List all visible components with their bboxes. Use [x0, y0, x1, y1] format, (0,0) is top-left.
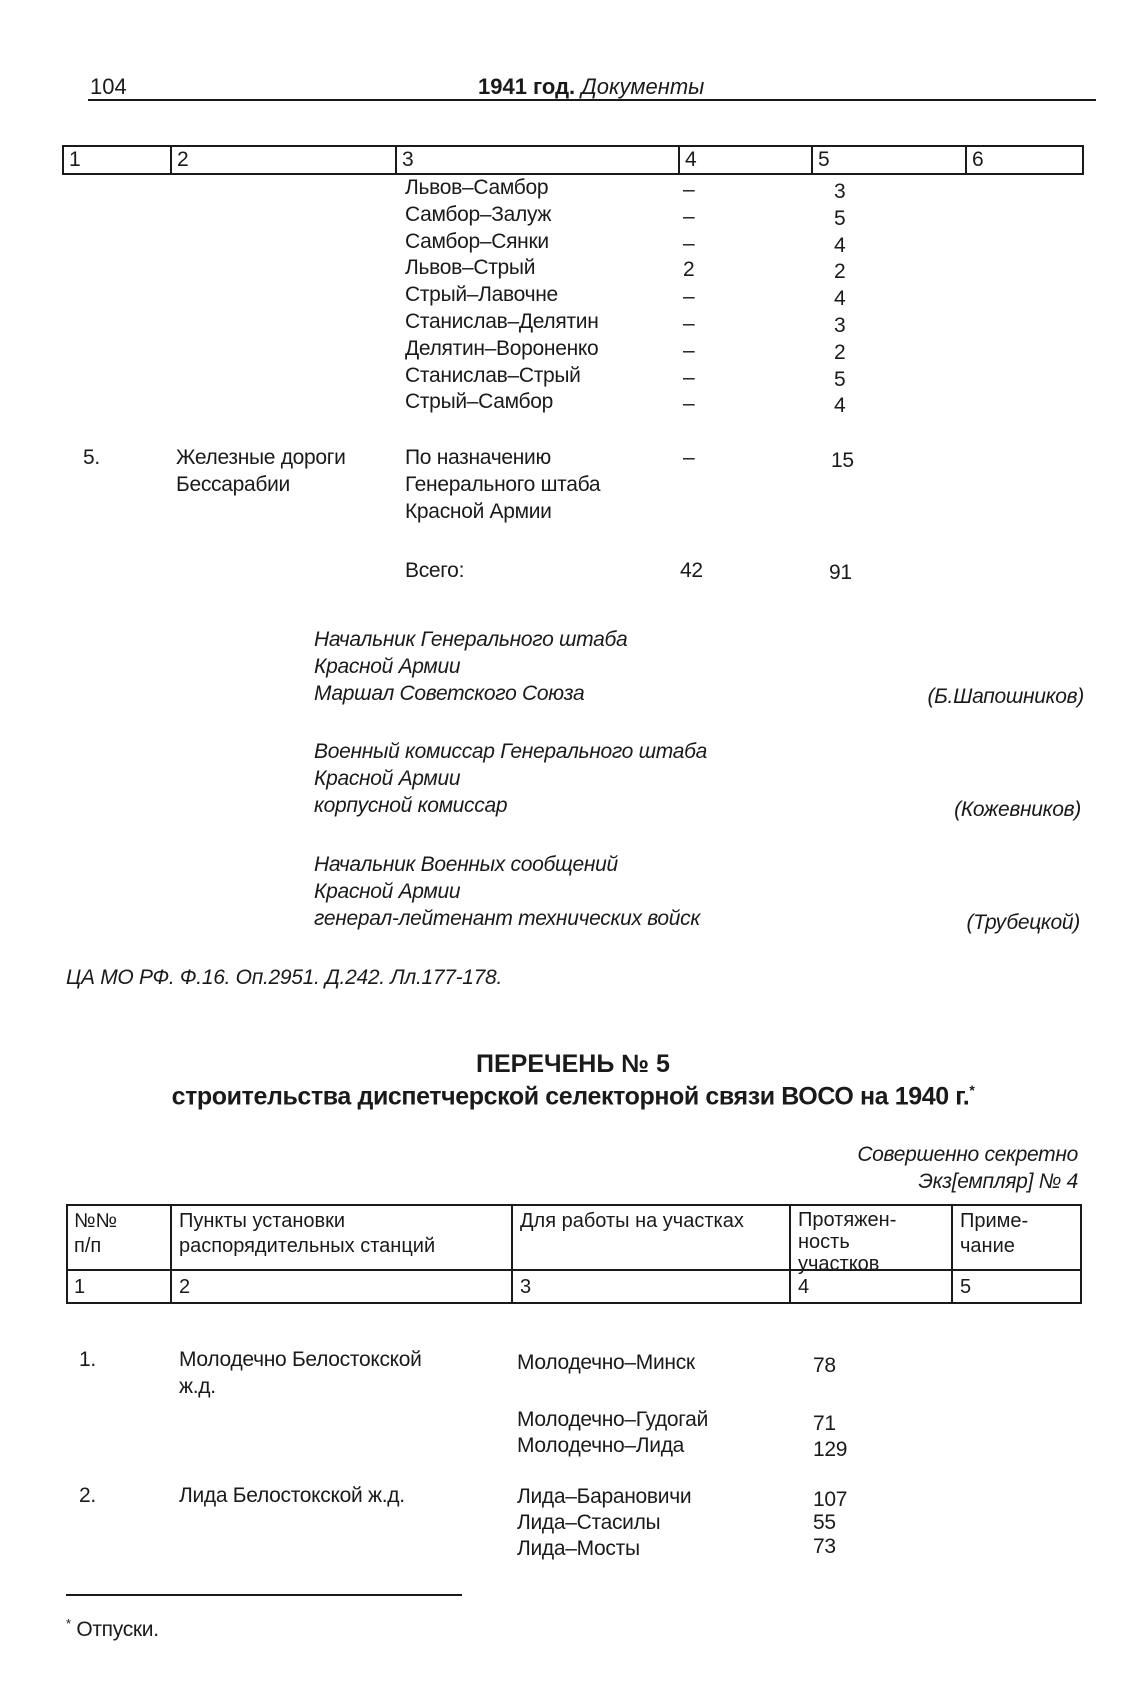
header-line: распорядительных станций	[179, 1234, 435, 1259]
col5-value: 4	[834, 232, 845, 259]
railway-name: Железные дороги	[176, 444, 346, 471]
section-name: Станислав–Делятин	[405, 308, 599, 335]
list-subtitle-text: строительства диспетчерской селекторной …	[172, 1082, 970, 1110]
col4-value: –	[683, 283, 694, 310]
list5-colnum: 3	[520, 1275, 531, 1300]
section-name: Лида–Стасилы	[517, 1509, 660, 1536]
header-line: п/п	[74, 1234, 117, 1259]
table1-col-divider	[170, 145, 172, 175]
col4-value: –	[683, 176, 694, 203]
section-name: Стрый–Лавочне	[405, 281, 558, 308]
row-number: 1.	[79, 1346, 96, 1373]
header-rule	[88, 99, 1096, 101]
col5-value: 2	[834, 258, 845, 285]
section-length: 71	[813, 1410, 836, 1437]
col5-value: 15	[831, 447, 854, 474]
table1-header-box	[62, 145, 1084, 175]
page-number: 104	[90, 74, 127, 100]
section-name: Лида–Барановичи	[517, 1483, 691, 1510]
header-line: участков	[798, 1253, 896, 1275]
list-subtitle: строительства диспетчерской селекторной …	[0, 1082, 1146, 1111]
railway-name: Бессарабии	[176, 471, 290, 498]
signature-title: генерал-лейтенант технических войск	[314, 905, 700, 932]
section-length: 78	[813, 1352, 836, 1379]
footnote-mark: *	[66, 1616, 71, 1631]
list5-colnum: 1	[74, 1275, 85, 1300]
running-title-year: 1941 год.	[478, 74, 575, 99]
section-name: Стрый–Самбор	[405, 388, 553, 415]
classification-stamp: Совершенно секретно	[857, 1141, 1078, 1168]
station-name: Молодечно Белостокской	[179, 1346, 422, 1373]
col4-value: –	[683, 390, 694, 417]
signature-title: Красной Армии	[314, 878, 460, 905]
list5-col-divider	[951, 1204, 953, 1304]
running-title-section: Документы	[581, 74, 704, 99]
signature-name: (Б.Шапошников)	[927, 683, 1084, 710]
signature-title: Красной Армии	[314, 653, 460, 680]
signature-title: корпусной комиссар	[314, 792, 507, 819]
signature-name: (Трубецкой)	[966, 909, 1080, 936]
table1-colnum: 1	[69, 148, 81, 172]
section-name: Станислав–Стрый	[405, 362, 581, 389]
header-cell-note: Приме- чание	[960, 1209, 1028, 1259]
signature-title: Маршал Советского Союза	[314, 680, 584, 707]
signature-title: Начальник Генерального штаба	[314, 626, 627, 653]
col5-value: 4	[834, 285, 845, 312]
col4-value: –	[683, 230, 694, 257]
col4-value: 2	[683, 256, 694, 283]
header-cell-number: №№ п/п	[74, 1209, 117, 1259]
table1-colnum: 5	[818, 148, 830, 172]
section-length: 73	[813, 1533, 836, 1560]
section-name: Молодечно–Гудогай	[517, 1406, 708, 1433]
list5-colnum: 5	[960, 1275, 971, 1300]
signature-title: Военный комиссар Генерального штаба	[314, 738, 707, 765]
table1-col-divider	[678, 145, 680, 175]
station-name: ж.д.	[179, 1373, 216, 1400]
list5-col-divider	[170, 1204, 172, 1304]
list5-colnum: 2	[179, 1275, 190, 1300]
list5-col-divider	[511, 1204, 513, 1304]
header-cell-sections: Для работы на участках	[520, 1209, 744, 1234]
section-name: Самбор–Залуж	[405, 201, 551, 228]
signature-title: Начальник Военных сообщений	[314, 851, 618, 878]
col5-value: 2	[834, 339, 845, 366]
header-line: Для работы на участках	[520, 1209, 744, 1234]
section-name: По назначению	[405, 444, 551, 471]
col5-value: 3	[834, 312, 845, 339]
list5-colnum: 4	[798, 1275, 809, 1300]
table1-colnum: 2	[177, 148, 189, 172]
list5-col-divider	[789, 1204, 791, 1304]
list-title: ПЕРЕЧЕНЬ № 5	[0, 1050, 1146, 1079]
header-line: №№	[74, 1209, 117, 1234]
header-line: Протяжен-	[798, 1209, 896, 1231]
col4-value: –	[683, 310, 694, 337]
table1-col-divider	[811, 145, 813, 175]
col5-value: 3	[834, 178, 845, 205]
section-name: Львов–Самбор	[405, 174, 548, 201]
col5-value: 5	[834, 205, 845, 232]
list5-header-divider	[66, 1269, 1082, 1271]
table1-colnum: 3	[402, 148, 414, 172]
section-name: Львов–Стрый	[405, 254, 535, 281]
section-name: Генерального штаба	[405, 471, 600, 498]
section-length: 129	[813, 1436, 847, 1463]
footnote-text: Отпуски.	[76, 1618, 158, 1641]
row-number: 2.	[79, 1482, 96, 1509]
col4-value: –	[683, 444, 694, 471]
station-name: Лида Белостокской ж.д.	[179, 1482, 405, 1509]
header-cell-stations: Пункты установки распорядительных станци…	[179, 1209, 435, 1259]
total-col4: 42	[680, 557, 703, 584]
col4-value: –	[683, 203, 694, 230]
footnote-rule	[66, 1594, 462, 1596]
total-col5: 91	[829, 559, 852, 586]
col5-value: 5	[834, 366, 845, 393]
col5-value: 4	[834, 392, 845, 419]
archive-reference: ЦА МО РФ. Ф.16. Оп.2951. Д.242. Лл.177-1…	[66, 964, 502, 991]
header-line: Пункты установки	[179, 1209, 435, 1234]
signature-title: Красной Армии	[314, 765, 460, 792]
section-length: 55	[813, 1509, 836, 1536]
section-name: Молодечно–Минск	[517, 1349, 695, 1376]
footnote: * Отпуски.	[66, 1610, 159, 1643]
section-name: Делятин–Вороненко	[405, 335, 598, 362]
signature-name: (Кожевников)	[954, 796, 1081, 823]
col4-value: –	[683, 364, 694, 391]
header-line: ность	[798, 1231, 896, 1253]
section-name: Самбор–Сянки	[405, 228, 549, 255]
copy-number: Экз[емпляр] № 4	[918, 1168, 1078, 1195]
section-name: Лида–Мосты	[517, 1535, 640, 1562]
row-number: 5.	[83, 444, 100, 471]
table1-col-divider	[395, 145, 397, 175]
footnote-mark: *	[969, 1082, 974, 1098]
table1-colnum: 6	[972, 148, 984, 172]
header-line: Приме-	[960, 1209, 1028, 1234]
section-name: Красной Армии	[405, 498, 552, 525]
table1-colnum: 4	[685, 148, 697, 172]
header-cell-length: Протяжен- ность участков	[798, 1209, 896, 1275]
col4-value: –	[683, 337, 694, 364]
running-title: 1941 год. Документы	[478, 74, 704, 100]
table1-col-divider	[965, 145, 967, 175]
header-line: чание	[960, 1234, 1028, 1259]
total-label: Всего:	[405, 557, 464, 584]
section-name: Молодечно–Лида	[517, 1432, 684, 1459]
